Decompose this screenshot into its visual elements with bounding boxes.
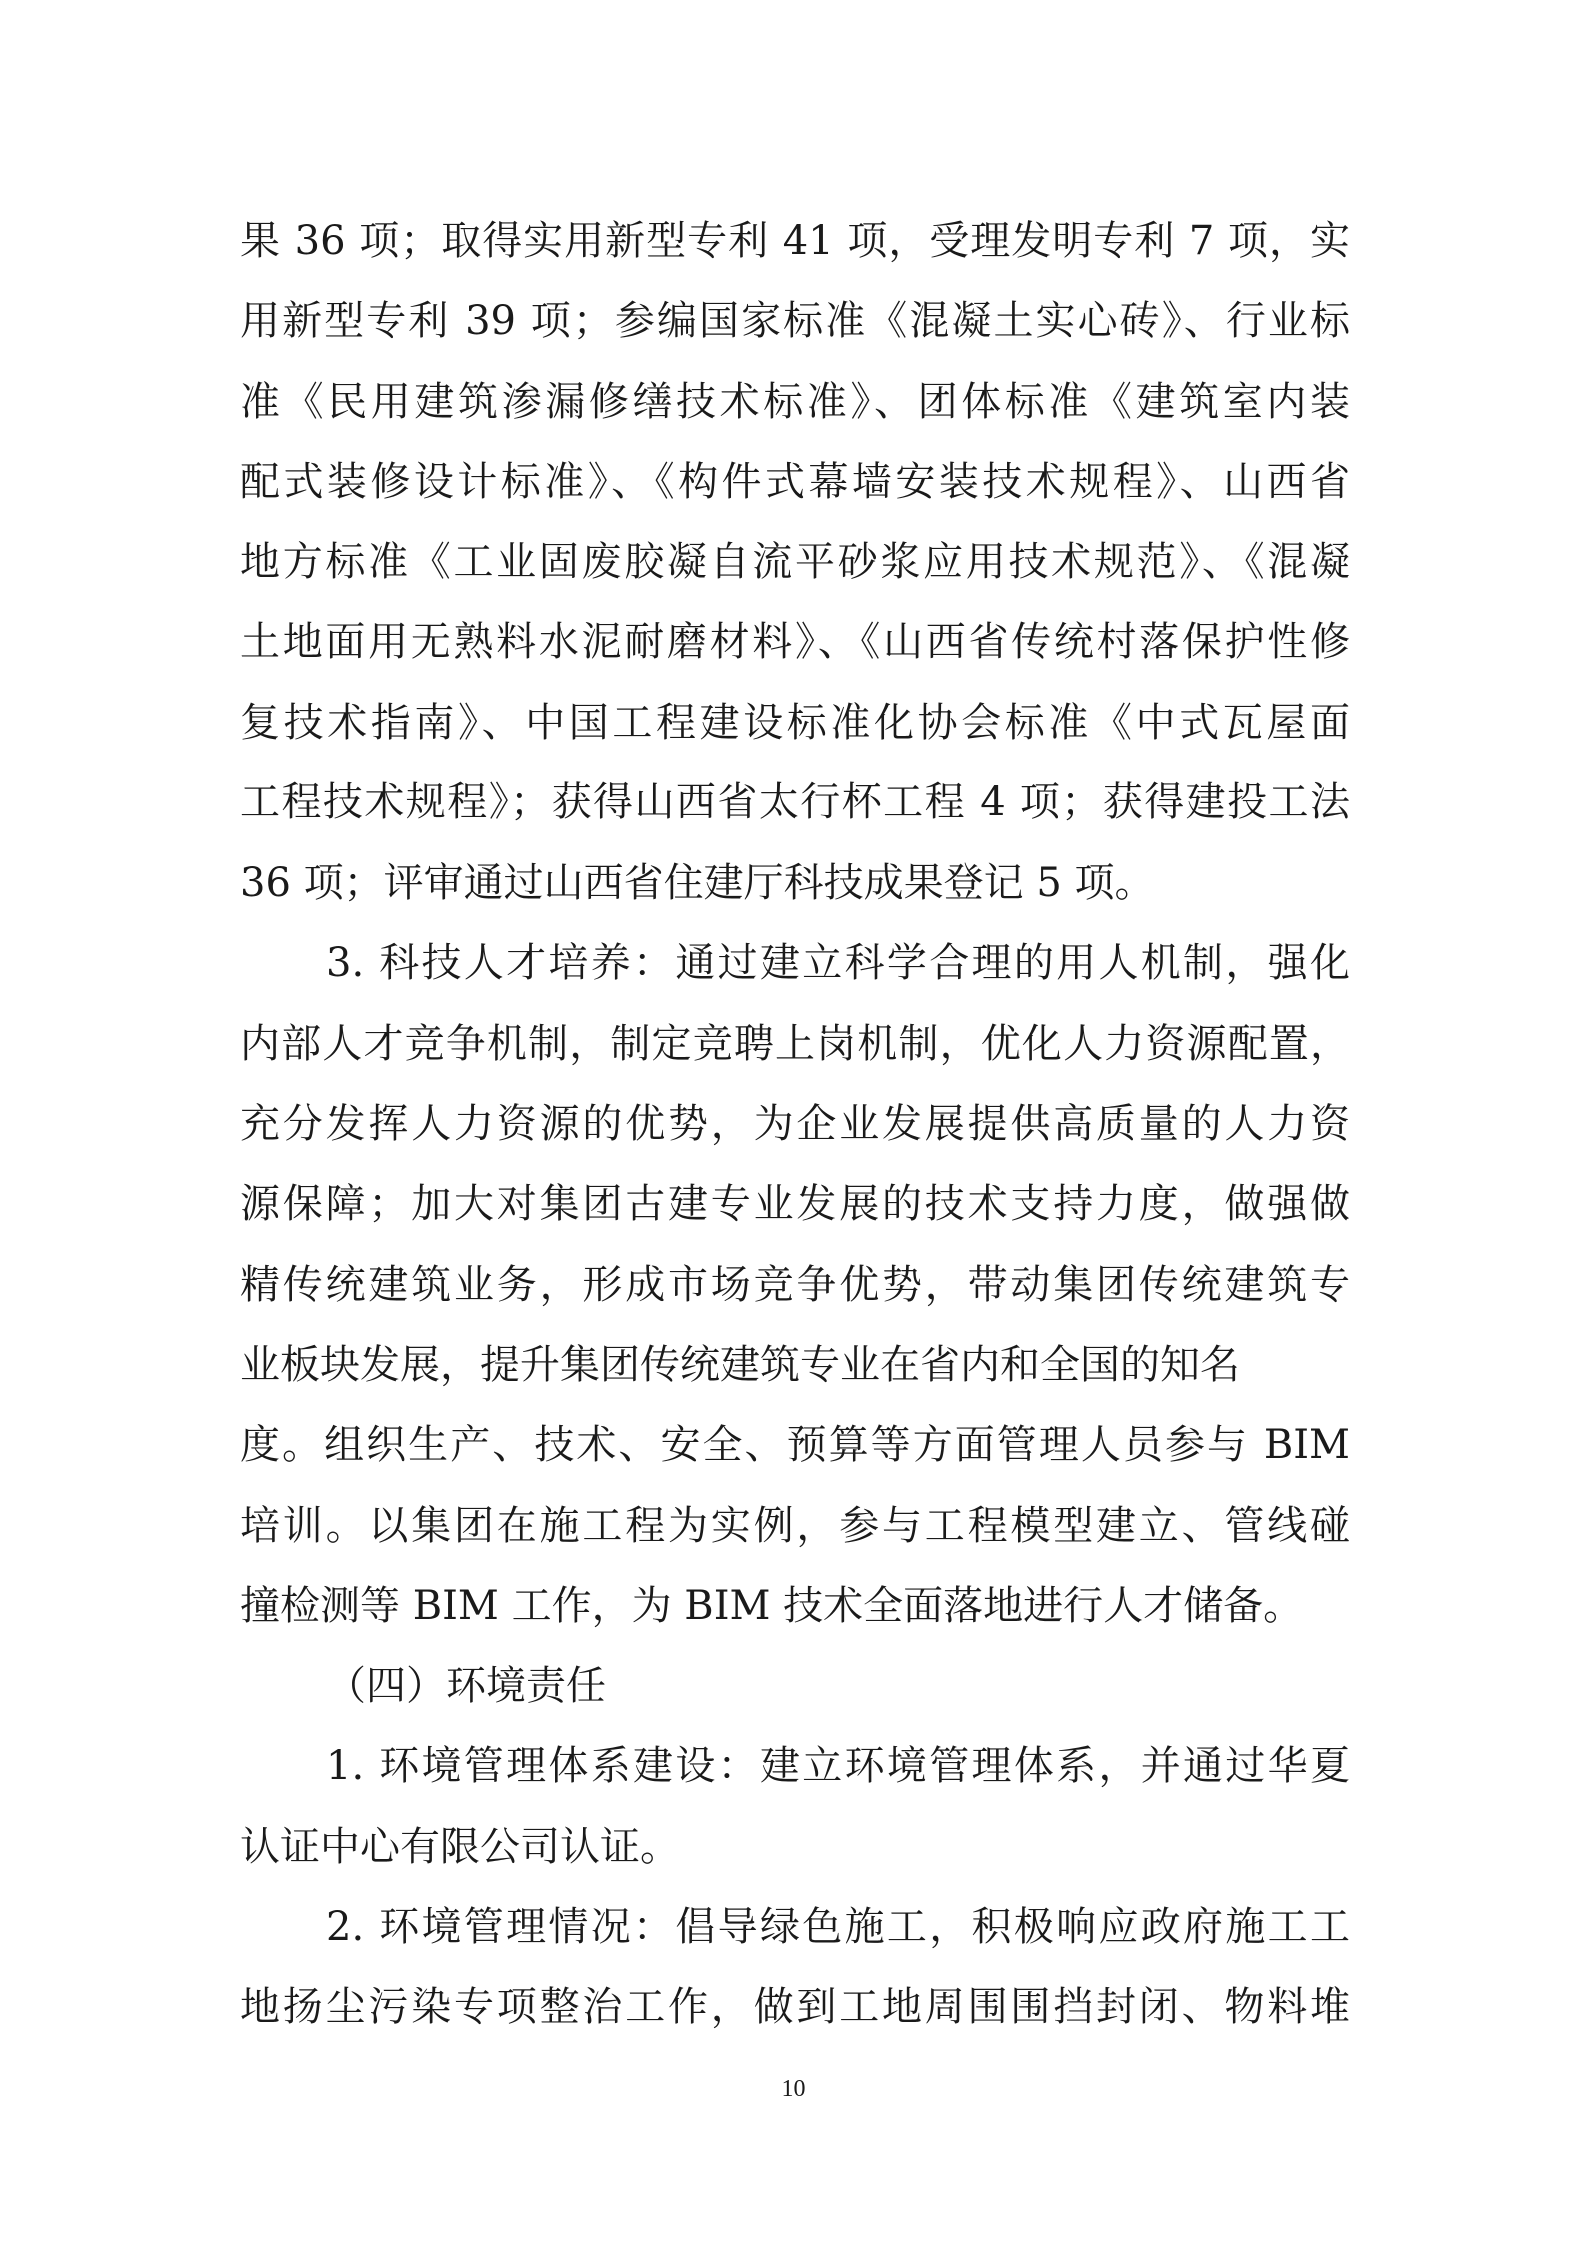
text-line: 复技术指南》、中国工程建设标准化协会标准《中式瓦屋面: [240, 693, 1350, 753]
text-line: 1. 环境管理体系建设：建立环境管理体系，并通过华夏: [326, 1736, 1350, 1796]
text-line: 地方标准《工业固废胶凝自流平砂浆应用技术规范》、《混凝: [240, 532, 1350, 592]
text-line: 精传统建筑业务，形成市场竞争优势，带动集团传统建筑专: [240, 1255, 1350, 1315]
document-page: 果 36 项；取得实用新型专利 41 项，受理发明专利 7 项，实 用新型专利 …: [0, 0, 1587, 2245]
text-line: 准《民用建筑渗漏修缮技术标准》、团体标准《建筑室内装: [240, 372, 1350, 432]
text-line: 用新型专利 39 项；参编国家标准《混凝土实心砖》、行业标: [240, 291, 1350, 351]
text-line: 认证中心有限公司认证。: [240, 1817, 1350, 1877]
text-line: 内部人才竞争机制，制定竞聘上岗机制，优化人力资源配置，: [240, 1014, 1350, 1074]
text-line: 业板块发展，提升集团传统建筑专业在省内和全国的知名: [240, 1335, 1350, 1395]
text-line: 3. 科技人才培养：通过建立科学合理的用人机制，强化: [326, 933, 1350, 993]
text-line: 地扬尘污染专项整治工作，做到工地周围围挡封闭、物料堆: [240, 1977, 1350, 2037]
section-heading-environment: （四）环境责任: [326, 1656, 646, 1716]
text-line: 撞检测等 BIM 工作，为 BIM 技术全面落地进行人才储备。: [240, 1576, 1350, 1636]
text-line: 度。组织生产、技术、安全、预算等方面管理人员参与 BIM: [240, 1415, 1350, 1475]
text-line: 36 项；评审通过山西省住建厅科技成果登记 5 项。: [240, 853, 1350, 913]
text-line: 工程技术规程》；获得山西省太行杯工程 4 项；获得建投工法: [240, 772, 1350, 832]
text-line: 土地面用无熟料水泥耐磨材料》、《山西省传统村落保护性修: [240, 612, 1350, 672]
text-line: 源保障；加大对集团古建专业发展的技术支持力度，做强做: [240, 1174, 1350, 1234]
text-line: 2. 环境管理情况：倡导绿色施工，积极响应政府施工工: [326, 1897, 1350, 1957]
text-line: 果 36 项；取得实用新型专利 41 项，受理发明专利 7 项，实: [240, 211, 1350, 271]
text-line: 充分发挥人力资源的优势，为企业发展提供高质量的人力资: [240, 1094, 1350, 1154]
page-number: 10: [0, 2076, 1587, 2103]
text-line: 培训。以集团在施工程为实例，参与工程模型建立、管线碰: [240, 1496, 1350, 1556]
text-line: 配式装修设计标准》、《构件式幕墙安装技术规程》、山西省: [240, 452, 1350, 512]
